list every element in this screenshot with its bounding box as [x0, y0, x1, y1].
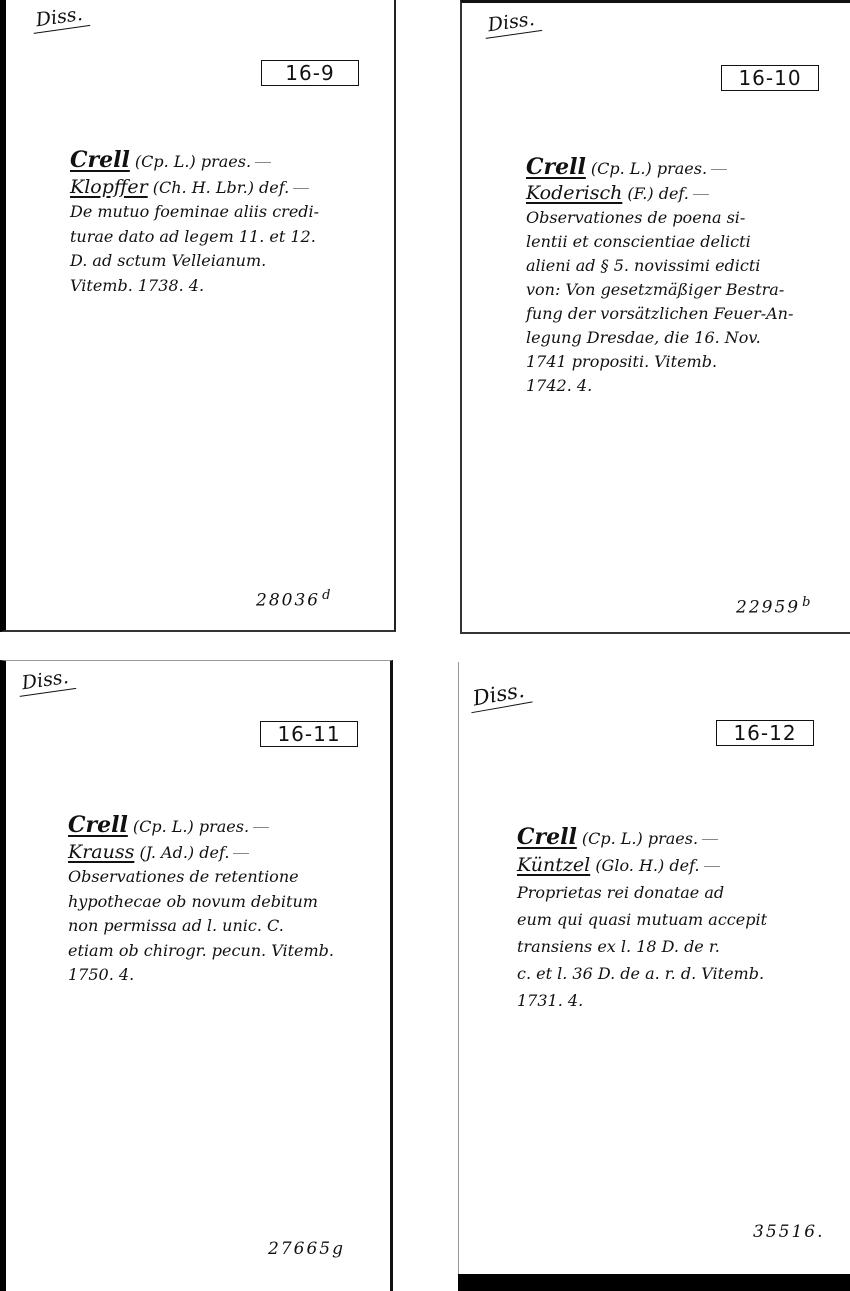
- praeses-line: Crell (Cp. L.) praes.: [526, 155, 793, 181]
- defendens-role: def.: [659, 184, 689, 203]
- catalog-entry: Crell (Cp. L.) praes. Klopffer (Ch. H. L…: [70, 148, 319, 298]
- praeses-name: Crell: [526, 154, 586, 180]
- catalog-card-16-11: Diss. 16-11 Crell (Cp. L.) praes. Krauss…: [0, 660, 393, 1291]
- defendens-name: Koderisch: [526, 182, 622, 204]
- title-line: eum qui quasi mutuam accepit: [517, 906, 767, 933]
- praeses-role: praes.: [199, 817, 249, 836]
- diss-mark: Diss.: [483, 9, 542, 39]
- catalog-card-16-10: Diss. 16-10 Crell (Cp. L.) praes. Koderi…: [460, 0, 850, 634]
- title-line: Observationes de retentione: [68, 865, 334, 890]
- call-number: 16-9: [261, 60, 359, 86]
- title-line: D. ad sctum Velleianum.: [70, 249, 319, 274]
- accession-value: 35516.: [753, 1222, 824, 1242]
- defendens-name: Krauss: [68, 841, 134, 863]
- accession-value: 27665: [268, 1239, 332, 1259]
- defendens-name: Klopffer: [70, 176, 148, 198]
- praeses-line: Crell (Cp. L.) praes.: [68, 813, 334, 840]
- praeses-initials: (Cp. L.): [133, 817, 194, 836]
- praeses-name: Crell: [517, 824, 577, 850]
- title-line: turae dato ad legem 11. et 12.: [70, 225, 319, 250]
- praeses-line: Crell (Cp. L.) praes.: [517, 824, 767, 852]
- catalog-card-16-9: Diss. 16-9 Crell (Cp. L.) praes. Klopffe…: [0, 0, 396, 632]
- diss-mark: Diss.: [17, 667, 76, 697]
- title-line: 1750. 4.: [68, 963, 334, 988]
- diss-mark: Diss.: [31, 4, 90, 34]
- accession-number: 28036d: [256, 588, 332, 611]
- praeses-name: Crell: [68, 812, 128, 838]
- title-line: lentii et conscientiae delicti: [526, 230, 793, 254]
- praeses-initials: (Cp. L.): [591, 159, 652, 178]
- title-line: 1731. 4.: [517, 987, 767, 1014]
- title-line: Proprietas rei donatae ad: [517, 879, 767, 906]
- catalog-entry: Crell (Cp. L.) praes. Küntzel (Glo. H.) …: [517, 824, 767, 1014]
- call-number: 16-10: [721, 65, 819, 91]
- title-line: hypothecae ob novum debitum: [68, 890, 334, 915]
- defendens-line: Küntzel (Glo. H.) def.: [517, 852, 767, 879]
- title-line: von: Von gesetzmäßiger Bestra-: [526, 278, 793, 302]
- accession-number: 35516.: [753, 1222, 824, 1242]
- title-line: legung Dresdae, die 16. Nov.: [526, 326, 793, 350]
- title-line: transiens ex l. 18 D. de r.: [517, 933, 767, 960]
- praeses-role: praes.: [201, 152, 251, 171]
- praeses-line: Crell (Cp. L.) praes.: [70, 148, 319, 175]
- defendens-initials: (Glo. H.): [595, 856, 664, 875]
- accession-suffix: d: [322, 588, 332, 603]
- catalog-entry: Crell (Cp. L.) praes. Koderisch (F.) def…: [526, 155, 793, 398]
- diss-mark: Diss.: [467, 679, 532, 713]
- defendens-line: Klopffer (Ch. H. Lbr.) def.: [70, 175, 319, 201]
- catalog-card-16-12: Diss. 16-12 Crell (Cp. L.) praes. Küntze…: [458, 662, 850, 1274]
- title-line: De mutuo foeminae aliis credi-: [70, 200, 319, 225]
- defendens-line: Koderisch (F.) def.: [526, 181, 793, 206]
- defendens-initials: (Ch. H. Lbr.): [153, 178, 254, 197]
- title-line: Vitemb. 1738. 4.: [70, 274, 319, 299]
- scan-border: [458, 1274, 850, 1291]
- defendens-role: def.: [259, 178, 289, 197]
- accession-value: 22959: [736, 598, 800, 618]
- defendens-role: def.: [669, 856, 699, 875]
- praeses-name: Crell: [70, 147, 130, 173]
- defendens-initials: (J. Ad.): [139, 843, 194, 862]
- title-line: c. et l. 36 D. de a. r. d. Vitemb.: [517, 960, 767, 987]
- catalog-entry: Crell (Cp. L.) praes. Krauss (J. Ad.) de…: [68, 813, 334, 988]
- gutter: [396, 0, 460, 1291]
- title-line: 1741 propositi. Vitemb.: [526, 350, 793, 374]
- accession-suffix: g: [332, 1239, 345, 1259]
- call-number: 16-11: [260, 721, 358, 747]
- accession-number: 22959b: [736, 595, 812, 618]
- call-number: 16-12: [716, 720, 814, 746]
- defendens-role: def.: [199, 843, 229, 862]
- accession-number: 27665g: [268, 1239, 345, 1259]
- title-line: alieni ad § 5. novissimi edicti: [526, 254, 793, 278]
- praeses-role: praes.: [648, 829, 698, 848]
- praeses-initials: (Cp. L.): [582, 829, 643, 848]
- accession-suffix: b: [802, 595, 812, 610]
- defendens-line: Krauss (J. Ad.) def.: [68, 840, 334, 866]
- title-line: 1742. 4.: [526, 374, 793, 398]
- title-line: non permissa ad l. unic. C.: [68, 914, 334, 939]
- accession-value: 28036: [256, 591, 320, 611]
- defendens-name: Küntzel: [517, 854, 590, 876]
- defendens-initials: (F.): [627, 184, 653, 203]
- praeses-role: praes.: [657, 159, 707, 178]
- title-line: Observationes de poena si-: [526, 206, 793, 230]
- praeses-initials: (Cp. L.): [135, 152, 196, 171]
- title-line: etiam ob chirogr. pecun. Vitemb.: [68, 939, 334, 964]
- title-line: fung der vorsätzlichen Feuer-An-: [526, 302, 793, 326]
